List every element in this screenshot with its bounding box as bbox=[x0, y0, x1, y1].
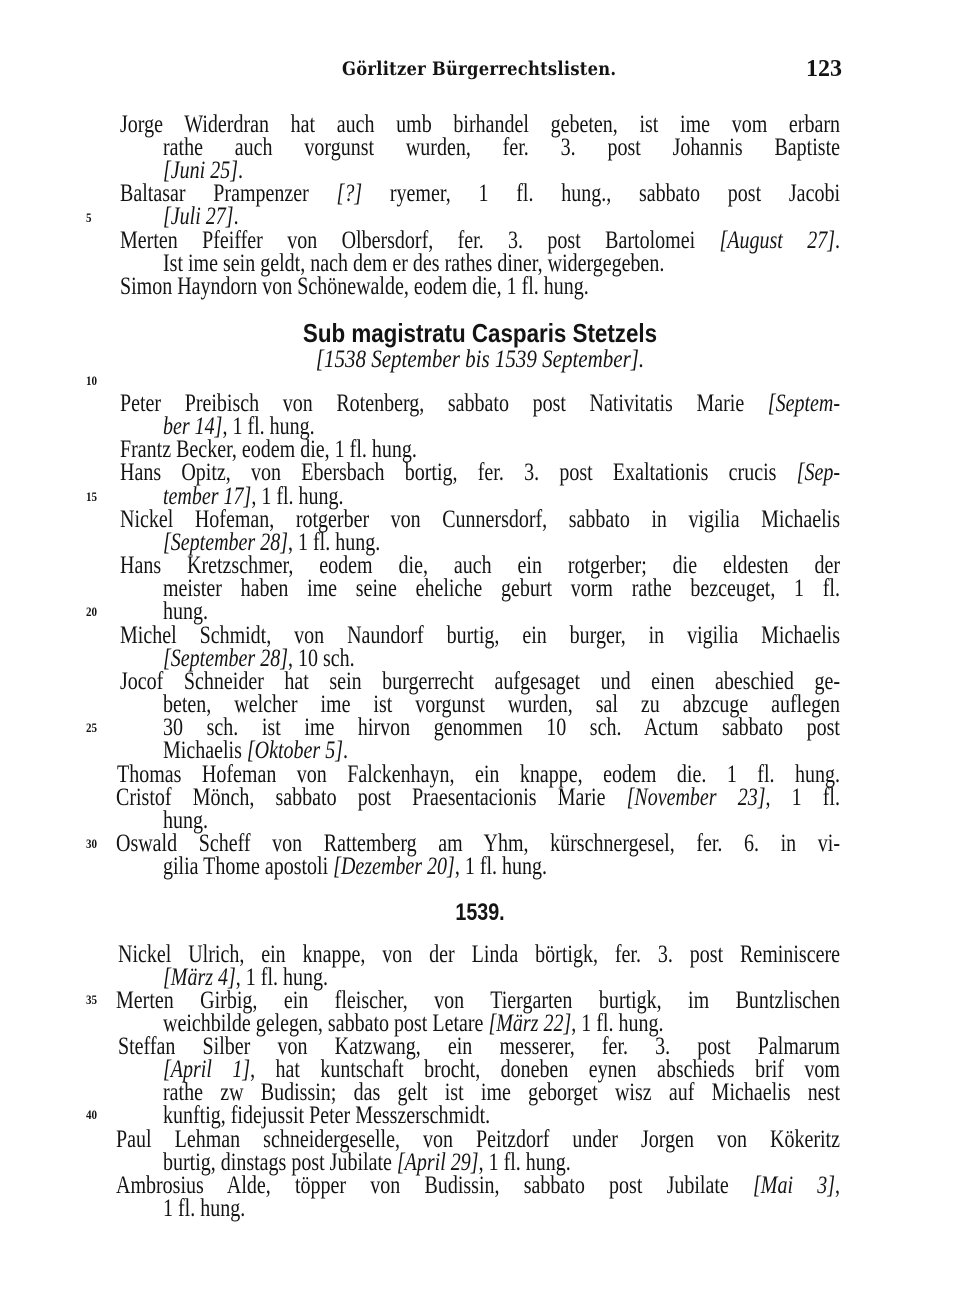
section-heading: Sub magistratu Casparis Stetzels bbox=[67, 318, 893, 349]
text-span: rathe auch vorgunst wurden, fer. 3. post… bbox=[163, 134, 840, 161]
text-line: 1 fl. hung. bbox=[163, 1196, 245, 1221]
text-span: , 1 fl. bbox=[766, 784, 840, 811]
editorial-date: [Oktober 5] bbox=[247, 737, 343, 764]
line-number: 15 bbox=[86, 489, 97, 505]
text-span: , 1 fl. hung. bbox=[455, 853, 547, 880]
text-line: hung. bbox=[163, 599, 208, 624]
text-span: . bbox=[343, 737, 348, 764]
text-span: , bbox=[835, 1172, 840, 1199]
text-line: kunftig, fidejussit Peter Messzerschmidt… bbox=[163, 1103, 490, 1128]
text-span: . bbox=[835, 227, 840, 254]
text-span: kunftig, fidejussit Peter Messzerschmidt… bbox=[163, 1102, 490, 1129]
text-span: ryemer, 1 fl. hung., sabbato post Jacobi bbox=[362, 180, 840, 207]
editorial-date: [November 23] bbox=[627, 784, 766, 811]
text-span: gilia Thome apostoli bbox=[163, 853, 333, 880]
text-span: 1 fl. hung. bbox=[163, 1195, 245, 1222]
text-span: hung. bbox=[163, 598, 208, 625]
text-line: Hans Opitz, von Ebersbach bortig, fer. 3… bbox=[120, 460, 840, 485]
line-number: 30 bbox=[86, 836, 97, 852]
text-line: gilia Thome apostoli [Dezember 20], 1 fl… bbox=[163, 854, 547, 879]
text-line: Simon Hayndorn von Schönewalde, eodem di… bbox=[120, 274, 589, 299]
text-span: . bbox=[234, 203, 239, 230]
text-line: Michaelis [Oktober 5]. bbox=[163, 738, 348, 763]
text-line: Cristof Mönch, sabbato post Praesentacio… bbox=[116, 785, 840, 810]
editorial-date: [Septem- bbox=[768, 390, 840, 417]
text-span: meister haben ime seine eheliche geburt … bbox=[163, 575, 840, 602]
running-header: Görlitzer Bürgerrechtslisten. 123 bbox=[0, 58, 960, 88]
editorial-date: [August 27] bbox=[720, 227, 836, 254]
editorial-date: [?] bbox=[337, 180, 363, 207]
line-number: 40 bbox=[86, 1107, 97, 1123]
section-subheading: [1538 September bis 1539 September]. bbox=[77, 346, 883, 374]
line-number: 35 bbox=[86, 992, 97, 1008]
line-number: 20 bbox=[86, 604, 97, 620]
text-line: [Juli 27]. bbox=[163, 204, 239, 229]
year-heading: 1539. bbox=[86, 899, 873, 927]
editorial-date: [Juli 27] bbox=[163, 203, 234, 230]
text-span: Simon Hayndorn von Schönewalde, eodem di… bbox=[120, 273, 589, 300]
editorial-date: [Dezember 20] bbox=[333, 853, 455, 880]
text-line: meister haben ime seine eheliche geburt … bbox=[163, 576, 840, 601]
line-number: 10 bbox=[86, 373, 97, 389]
editorial-date: [Mai 3] bbox=[753, 1172, 835, 1199]
running-title: Görlitzer Bürgerrechtslisten. bbox=[342, 58, 616, 80]
text-line: rathe auch vorgunst wurden, fer. 3. post… bbox=[163, 135, 840, 160]
line-number: 5 bbox=[86, 210, 92, 226]
document-page: Görlitzer Bürgerrechtslisten. 123 5 10 1… bbox=[0, 0, 960, 1302]
editorial-date: [Sep- bbox=[797, 459, 840, 486]
text-span: Michaelis bbox=[163, 737, 247, 764]
text-span: Hans Opitz, von Ebersbach bortig, fer. 3… bbox=[120, 459, 797, 486]
page-number: 123 bbox=[806, 56, 842, 83]
line-number: 25 bbox=[86, 720, 97, 736]
